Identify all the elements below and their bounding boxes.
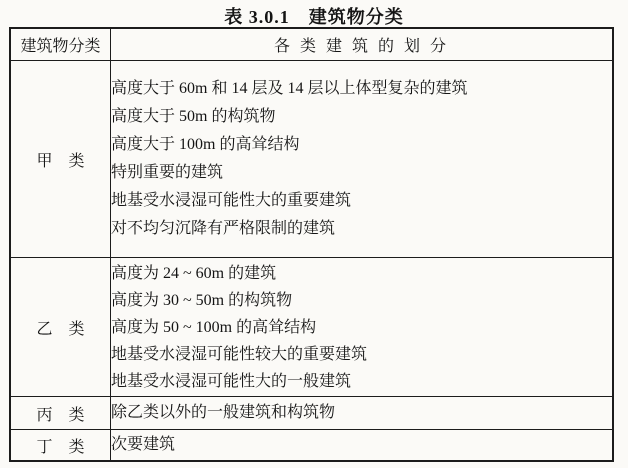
criteria-line: 高度为 50 ~ 100m 的高耸结构 [111, 314, 612, 341]
criteria-line: 地基受水浸湿可能性大的重要建筑 [111, 187, 612, 215]
table-row-class-b: 乙 类 高度为 24 ~ 60m 的建筑 高度为 30 ~ 50m 的构筑物 高… [10, 258, 613, 397]
category-label-class-c: 丙 类 [10, 397, 111, 430]
category-label-class-d: 丁 类 [10, 430, 111, 462]
criteria-line: 高度为 24 ~ 60m 的建筑 [111, 260, 612, 287]
column-header-building-category: 建筑物分类 [10, 28, 111, 61]
category-label-class-b: 乙 类 [10, 258, 111, 397]
table-row-class-a: 甲 类 高度大于 60m 和 14 层及 14 层以上体型复杂的建筑 高度大于 … [10, 61, 613, 258]
column-header-division: 各 类 建 筑 的 划 分 [111, 28, 614, 61]
criteria-line: 高度为 30 ~ 50m 的构筑物 [111, 287, 612, 314]
criteria-line: 高度大于 50m 的构筑物 [111, 103, 612, 131]
scanned-document-page: 表 3.0.1 建筑物分类 建筑物分类 各 类 建 筑 的 划 分 甲 类 高度… [0, 0, 628, 468]
criteria-cell-class-c: 除乙类以外的一般建筑和构筑物 [111, 397, 614, 430]
criteria-cell-class-d: 次要建筑 [111, 430, 614, 462]
table-header-row: 建筑物分类 各 类 建 筑 的 划 分 [10, 28, 613, 61]
criteria-line: 高度大于 60m 和 14 层及 14 层以上体型复杂的建筑 [111, 75, 612, 103]
criteria-line: 次要建筑 [111, 430, 612, 460]
criteria-line: 地基受水浸湿可能性较大的重要建筑 [111, 341, 612, 368]
criteria-line: 除乙类以外的一般建筑和构筑物 [111, 398, 612, 428]
criteria-line: 地基受水浸湿可能性大的一般建筑 [111, 368, 612, 395]
criteria-cell-class-a: 高度大于 60m 和 14 层及 14 层以上体型复杂的建筑 高度大于 50m … [111, 61, 614, 258]
category-label-class-a: 甲 类 [10, 61, 111, 258]
criteria-line: 高度大于 100m 的高耸结构 [111, 131, 612, 159]
table-row-class-d: 丁 类 次要建筑 [10, 430, 613, 462]
criteria-line: 对不均匀沉降有严格限制的建筑 [111, 215, 612, 243]
criteria-line: 特别重要的建筑 [111, 159, 612, 187]
building-classification-table: 建筑物分类 各 类 建 筑 的 划 分 甲 类 高度大于 60m 和 14 层及… [9, 27, 614, 462]
table-row-class-c: 丙 类 除乙类以外的一般建筑和构筑物 [10, 397, 613, 430]
criteria-cell-class-b: 高度为 24 ~ 60m 的建筑 高度为 30 ~ 50m 的构筑物 高度为 5… [111, 258, 614, 397]
table-title: 表 3.0.1 建筑物分类 [0, 0, 628, 27]
